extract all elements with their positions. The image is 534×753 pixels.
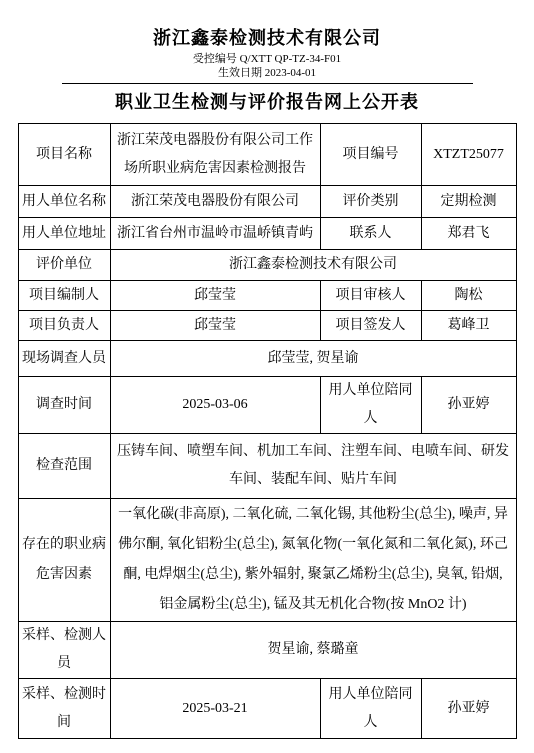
value-investigation-date: 2025-03-06 bbox=[110, 377, 320, 434]
document-page: 浙江鑫泰检测技术有限公司 受控编号 Q/XTT QP-TZ-34-F01 生效日… bbox=[0, 0, 534, 753]
value-employer-name: 浙江荣茂电器股份有限公司 bbox=[110, 186, 320, 218]
table-row-sampling-date: 采样、检测时间 2025-03-21 用人单位陪同人 孙亚婷 bbox=[18, 679, 516, 739]
label-contact-person: 联系人 bbox=[320, 218, 421, 250]
page-title: 职业卫生检测与评价报告网上公开表 bbox=[0, 90, 534, 114]
label-evaluation-org: 评价单位 bbox=[18, 250, 110, 281]
value-project-number: XTZT25077 bbox=[421, 124, 516, 186]
table-row-project-leader: 项目负责人 邱莹莹 项目签发人 葛峰卫 bbox=[18, 311, 516, 341]
label-project-compiler: 项目编制人 bbox=[18, 281, 110, 311]
value-site-investigators: 邱莹莹, 贺星谕 bbox=[110, 341, 516, 377]
label-inspection-scope: 检查范围 bbox=[18, 434, 110, 499]
table-row-inspection-scope: 检查范围 压铸车间、喷塑车间、机加工车间、注塑车间、电喷车间、研发车间、装配车间… bbox=[18, 434, 516, 499]
company-name: 浙江鑫泰检测技术有限公司 bbox=[0, 0, 534, 50]
value-project-issuer: 葛峰卫 bbox=[421, 311, 516, 341]
value-project-leader: 邱莹莹 bbox=[110, 311, 320, 341]
label-hazard-factors: 存在的职业病危害因素 bbox=[18, 499, 110, 622]
label-project-name: 项目名称 bbox=[18, 124, 110, 186]
control-number-line: 受控编号 Q/XTT QP-TZ-34-F01 bbox=[0, 53, 534, 66]
table-row-investigation-date: 调查时间 2025-03-06 用人单位陪同人 孙亚婷 bbox=[18, 377, 516, 434]
label-project-reviewer: 项目审核人 bbox=[320, 281, 421, 311]
label-employer-escort-2: 用人单位陪同人 bbox=[320, 679, 421, 739]
table-row-sampling-personnel: 采样、检测人员 贺星谕, 蔡璐童 bbox=[18, 622, 516, 679]
table-row-project-compiler: 项目编制人 邱莹莹 项目审核人 陶松 bbox=[18, 281, 516, 311]
report-table: 项目名称 浙江荣茂电器股份有限公司工作场所职业病危害因素检测报告 项目编号 XT… bbox=[18, 123, 517, 739]
value-employer-escort-2: 孙亚婷 bbox=[421, 679, 516, 739]
value-sampling-date: 2025-03-21 bbox=[110, 679, 320, 739]
table-row-project-name: 项目名称 浙江荣茂电器股份有限公司工作场所职业病危害因素检测报告 项目编号 XT… bbox=[18, 124, 516, 186]
value-employer-escort: 孙亚婷 bbox=[421, 377, 516, 434]
table-row-hazard-factors: 存在的职业病危害因素 一氧化碳(非高原), 二氧化硫, 二氧化锡, 其他粉尘(总… bbox=[18, 499, 516, 622]
label-sampling-personnel: 采样、检测人员 bbox=[18, 622, 110, 679]
value-sampling-personnel: 贺星谕, 蔡璐童 bbox=[110, 622, 516, 679]
header-divider bbox=[62, 83, 473, 84]
label-employer-address: 用人单位地址 bbox=[18, 218, 110, 250]
value-project-name: 浙江荣茂电器股份有限公司工作场所职业病危害因素检测报告 bbox=[110, 124, 320, 186]
value-project-compiler: 邱莹莹 bbox=[110, 281, 320, 311]
table-row-site-investigators: 现场调查人员 邱莹莹, 贺星谕 bbox=[18, 341, 516, 377]
table-row-evaluation-org: 评价单位 浙江鑫泰检测技术有限公司 bbox=[18, 250, 516, 281]
value-contact-person: 郑君飞 bbox=[421, 218, 516, 250]
label-employer-name: 用人单位名称 bbox=[18, 186, 110, 218]
value-evaluation-type: 定期检测 bbox=[421, 186, 516, 218]
label-project-number: 项目编号 bbox=[320, 124, 421, 186]
value-inspection-scope: 压铸车间、喷塑车间、机加工车间、注塑车间、电喷车间、研发车间、装配车间、贴片车间 bbox=[110, 434, 516, 499]
label-evaluation-type: 评价类别 bbox=[320, 186, 421, 218]
label-employer-escort: 用人单位陪同人 bbox=[320, 377, 421, 434]
value-evaluation-org: 浙江鑫泰检测技术有限公司 bbox=[110, 250, 516, 281]
table-row-employer-name: 用人单位名称 浙江荣茂电器股份有限公司 评价类别 定期检测 bbox=[18, 186, 516, 218]
label-site-investigators: 现场调查人员 bbox=[18, 341, 110, 377]
label-sampling-date: 采样、检测时间 bbox=[18, 679, 110, 739]
label-project-issuer: 项目签发人 bbox=[320, 311, 421, 341]
value-employer-address: 浙江省台州市温岭市温峤镇青屿 bbox=[110, 218, 320, 250]
value-project-reviewer: 陶松 bbox=[421, 281, 516, 311]
value-hazard-factors: 一氧化碳(非高原), 二氧化硫, 二氧化锡, 其他粉尘(总尘), 噪声, 异佛尔… bbox=[110, 499, 516, 622]
effective-date-line: 生效日期 2023-04-01 bbox=[0, 67, 534, 80]
label-investigation-date: 调查时间 bbox=[18, 377, 110, 434]
table-row-employer-address: 用人单位地址 浙江省台州市温岭市温峤镇青屿 联系人 郑君飞 bbox=[18, 218, 516, 250]
label-project-leader: 项目负责人 bbox=[18, 311, 110, 341]
